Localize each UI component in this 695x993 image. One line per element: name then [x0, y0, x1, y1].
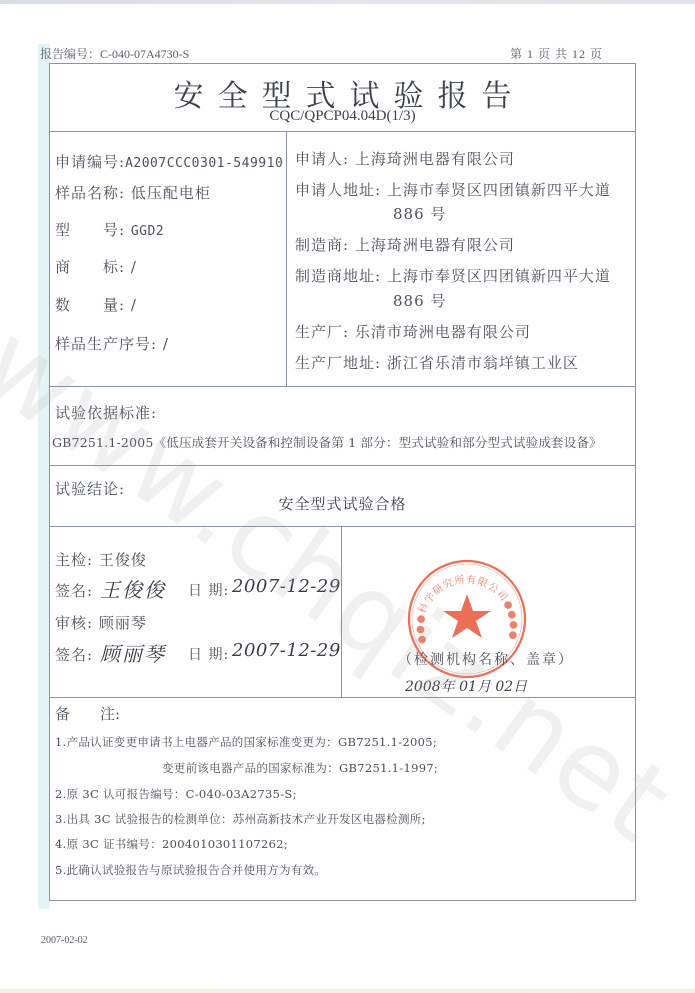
applicant-label: 申请人:	[295, 150, 349, 168]
applicant-address-label: 申请人地址:	[295, 181, 381, 199]
remark-item: 4.原 3C 证书编号：2004010301107262;	[55, 836, 288, 852]
date-label-2: 日 期:	[188, 644, 229, 664]
application-no-row: 申请编号:A2007CCC0301-549910	[55, 151, 283, 172]
manufacturer-value: 上海琦洲电器有限公司	[355, 236, 515, 254]
remark-item: 2.原 3C 认可报告编号：C-040-03A2735-S;	[55, 786, 297, 802]
factory-address-row: 生产厂地址: 浙江省乐清市翁垟镇工业区	[295, 352, 579, 373]
inspector-name: 王俊俊	[99, 551, 147, 569]
reviewer-name: 顾丽琴	[99, 614, 147, 632]
scan-edge-top	[0, 0, 695, 4]
scan-edge-bottom	[0, 989, 695, 993]
report-number: 报告编号：C-040-07A4730-S	[40, 45, 189, 62]
applicant-row: 申请人: 上海琦洲电器有限公司	[295, 148, 515, 169]
sample-name-row: 样品名称: 低压配电柜	[55, 182, 211, 203]
quantity-label: 数 量:	[55, 296, 125, 314]
applicant-value: 上海琦洲电器有限公司	[355, 150, 515, 168]
trademark-label: 商 标:	[55, 258, 125, 276]
inspector-row: 主检: 王俊俊	[55, 549, 147, 570]
remark-item: 1.产品认证变更申请书上电器产品的国家标准变更为：GB7251.1-2005;	[55, 734, 437, 750]
manufacturer-address-label: 制造商地址:	[295, 267, 381, 285]
divider-info-column	[286, 131, 287, 386]
inspector-label: 主检:	[55, 551, 93, 569]
sign-label-2: 签名:	[55, 644, 93, 665]
quantity-value: /	[131, 296, 137, 314]
manufacturer-address-line2: 886 号	[393, 290, 446, 311]
factory-address-label: 生产厂地址:	[295, 354, 381, 372]
remark-item: 3.出具 3C 试验报告的检测单位：苏州高新技术产业开发区电器检测所;	[55, 811, 426, 827]
sample-name-label: 样品名称:	[55, 184, 125, 202]
model-label: 型 号:	[55, 221, 125, 239]
factory-row: 生产厂: 乐清市琦洲电器有限公司	[295, 321, 531, 342]
reviewer-signature: 顾丽琴	[100, 638, 166, 667]
factory-value: 乐清市琦洲电器有限公司	[355, 323, 531, 341]
serial-value: /	[163, 335, 169, 353]
inspector-signature: 王俊俊	[100, 574, 166, 603]
manufacturer-row: 制造商: 上海琦洲电器有限公司	[295, 234, 515, 255]
remark-item: 5.此确认试验报告与原试验报告合并使用方为有效。	[55, 862, 326, 878]
trademark-row: 商 标: /	[55, 256, 137, 277]
divider-title	[49, 131, 636, 132]
manufacturer-address-row: 制造商地址: 上海市奉贤区四团镇新四平大道	[295, 265, 611, 286]
manufacturer-label: 制造商:	[295, 236, 349, 254]
remarks-label: 备 注:	[55, 703, 120, 724]
manufacturer-address-line1: 上海市奉贤区四团镇新四平大道	[387, 267, 611, 285]
sign-label-1: 签名:	[55, 580, 93, 601]
factory-address-value: 浙江省乐清市翁垟镇工业区	[387, 354, 579, 372]
application-no-value: A2007CCC0301-549910	[125, 156, 283, 171]
applicant-address-row: 申请人地址: 上海市奉贤区四团镇新四平大道	[295, 179, 611, 200]
quantity-row: 数 量: /	[55, 294, 137, 315]
sample-name-value: 低压配电柜	[131, 184, 211, 202]
report-code: CQC/QPCP04.04D(1/3)	[49, 108, 636, 125]
application-no-label: 申请编号:	[55, 153, 125, 171]
factory-label: 生产厂:	[295, 323, 349, 341]
page-indicator: 第 1 页 共 12 页	[510, 45, 603, 62]
model-row: 型 号: GGD2	[55, 219, 164, 240]
reviewer-row: 审核: 顾丽琴	[55, 612, 147, 633]
model-value: GGD2	[131, 224, 164, 239]
applicant-address-line2: 886 号	[393, 203, 446, 224]
reviewer-label: 审核:	[55, 614, 93, 632]
trademark-value: /	[131, 258, 137, 276]
remark-item: 变更前该电器产品的国家标准为：GB7251.1-1997;	[162, 760, 438, 776]
footer-date: 2007-02-02	[41, 935, 88, 946]
applicant-address-line1: 上海市奉贤区四团镇新四平大道	[387, 181, 611, 199]
